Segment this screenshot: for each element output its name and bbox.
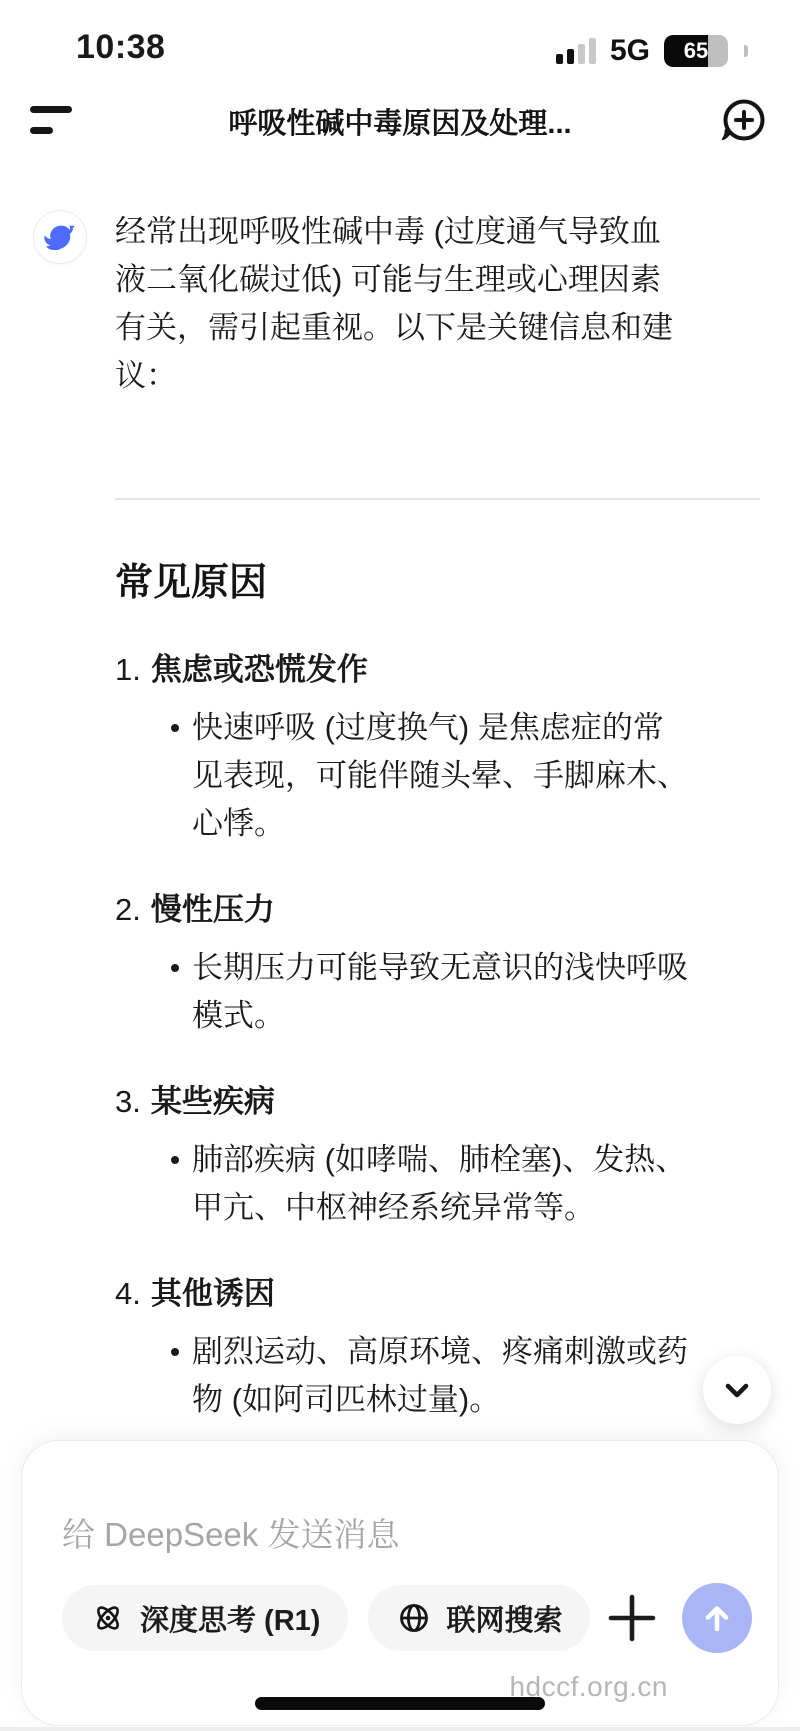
list-item-title: 1.焦虑或恐慌发作 bbox=[115, 646, 760, 694]
item-number: 3. bbox=[115, 1084, 141, 1119]
intro-paragraph: 经常出现呼吸性碱中毒 (过度通气导致血液二氧化碳过低) 可能与生理或心理因素有关… bbox=[115, 208, 690, 400]
chat-header: 呼吸性碱中毒原因及处理... bbox=[0, 78, 800, 164]
deepseek-whale-icon bbox=[43, 224, 77, 250]
message-input[interactable]: 给 DeepSeek 发送消息 bbox=[62, 1511, 752, 1559]
web-search-toggle[interactable]: 联网搜索 bbox=[368, 1585, 590, 1651]
scroll-to-bottom-button[interactable] bbox=[703, 1356, 771, 1424]
list-item-title: 4.其他诱因 bbox=[115, 1270, 760, 1318]
list-item-title: 3.某些疾病 bbox=[115, 1078, 760, 1126]
composer-card: 给 DeepSeek 发送消息 深度思考 (R1) 联网搜索 bbox=[21, 1440, 779, 1726]
composer-toolbar: 深度思考 (R1) 联网搜索 bbox=[62, 1583, 752, 1653]
assistant-message: 经常出现呼吸性碱中毒 (过度通气导致血液二氧化碳过低) 可能与生理或心理因素有关… bbox=[0, 208, 800, 1424]
message-body: 经常出现呼吸性碱中毒 (过度通气导致血液二氧化碳过低) 可能与生理或心理因素有关… bbox=[115, 208, 760, 1424]
plus-icon bbox=[607, 1593, 657, 1643]
deepseek-avatar bbox=[33, 210, 87, 264]
deepseek-chat-screen: 10:38 5G 65 呼吸性碱中毒原因及处理... bbox=[0, 0, 800, 1731]
bullet-dot bbox=[171, 1328, 192, 1424]
deep-think-toggle[interactable]: 深度思考 (R1) bbox=[62, 1585, 348, 1651]
network-type-label: 5G bbox=[610, 34, 650, 68]
atom-icon bbox=[90, 1600, 126, 1636]
attach-button[interactable] bbox=[602, 1588, 662, 1648]
home-indicator[interactable] bbox=[255, 1697, 545, 1710]
clock: 10:38 bbox=[76, 28, 165, 67]
status-bar: 10:38 5G 65 bbox=[0, 0, 800, 78]
item-number: 4. bbox=[115, 1276, 141, 1311]
section-heading: 常见原因 bbox=[115, 558, 760, 608]
sidebar-menu-icon[interactable] bbox=[30, 92, 86, 148]
section-divider bbox=[115, 498, 760, 500]
bullet-dot bbox=[171, 944, 192, 1040]
chevron-down-icon bbox=[717, 1370, 757, 1410]
arrow-up-icon bbox=[698, 1599, 736, 1637]
battery-percent-label: 65 bbox=[664, 35, 728, 67]
send-button[interactable] bbox=[682, 1583, 752, 1653]
screen-bottom-edge bbox=[0, 1727, 800, 1731]
list-item-bullet: 肺部疾病 (如哮喘、肺栓塞)、发热、甲亢、中枢神经系统异常等。 bbox=[171, 1136, 760, 1232]
battery-icon: 65 bbox=[664, 35, 728, 67]
item-number: 1. bbox=[115, 652, 141, 687]
bullet-dot bbox=[171, 704, 192, 848]
item-number: 2. bbox=[115, 892, 141, 927]
chat-title: 呼吸性碱中毒原因及处理... bbox=[0, 101, 800, 142]
signal-strength-icon bbox=[556, 38, 596, 64]
list-item-bullet: 长期压力可能导致无意识的浅快呼吸模式。 bbox=[171, 944, 760, 1040]
battery-cap bbox=[744, 45, 748, 57]
list-item-title: 2.慢性压力 bbox=[115, 886, 760, 934]
list-item-bullet: 快速呼吸 (过度换气) 是焦虑症的常见表现，可能伴随头晕、手脚麻木、心悸。 bbox=[171, 704, 760, 848]
list-item-bullet: 剧烈运动、高原环境、疼痛刺激或药物 (如阿司匹林过量)。 bbox=[171, 1328, 760, 1424]
status-indicators: 5G 65 bbox=[556, 34, 748, 68]
bullet-dot bbox=[171, 1136, 192, 1232]
globe-icon bbox=[396, 1600, 432, 1636]
new-chat-icon[interactable] bbox=[714, 92, 772, 150]
